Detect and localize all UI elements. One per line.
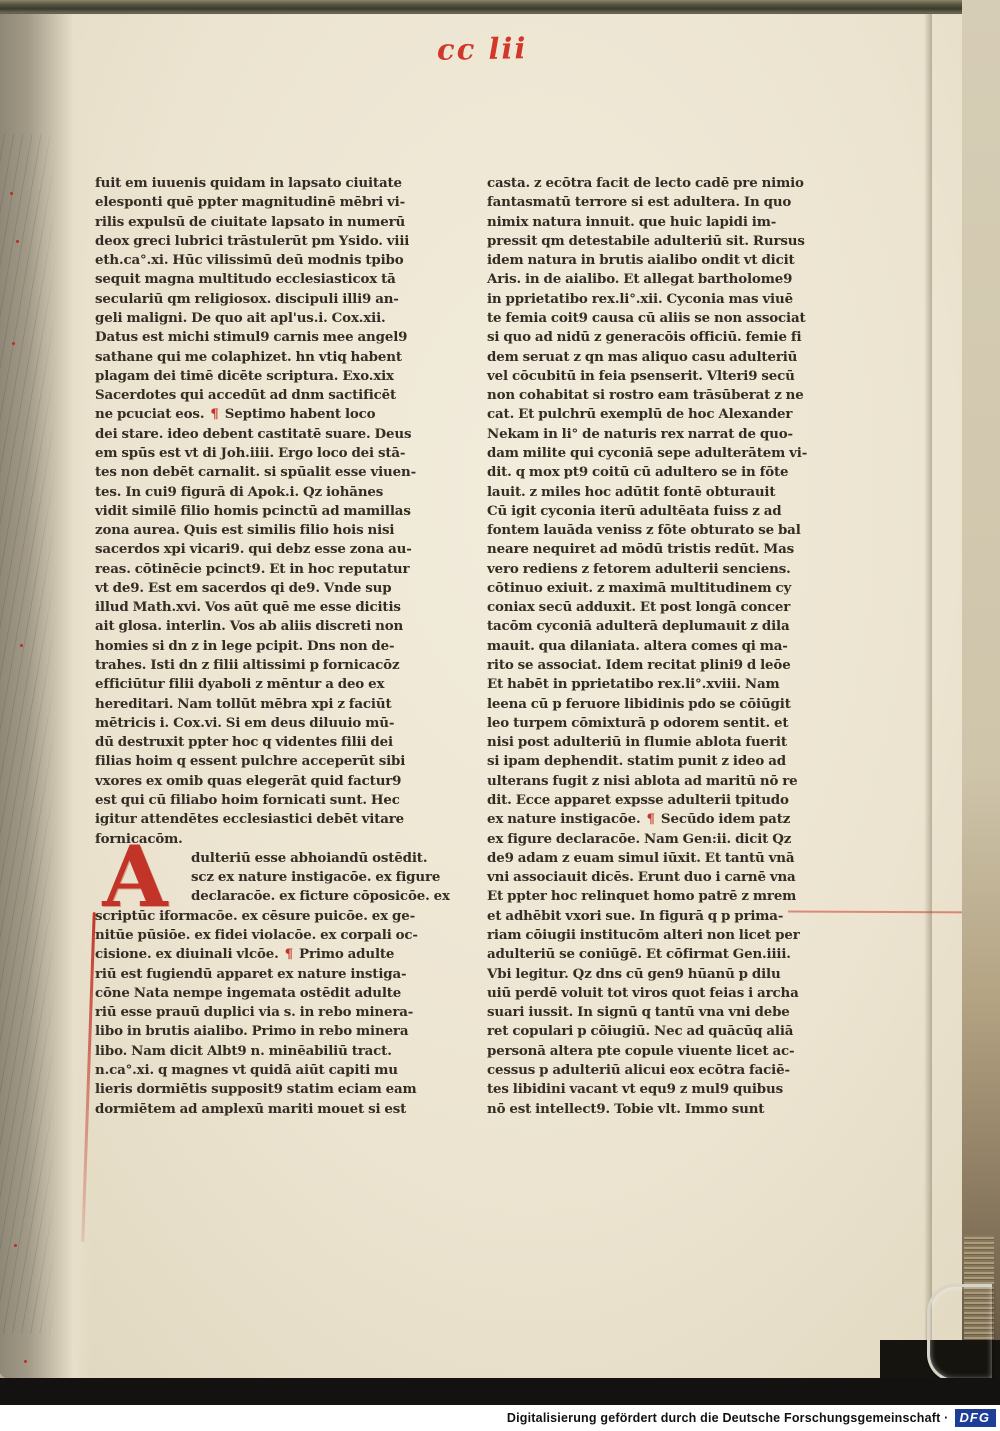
page-edge-shadow xyxy=(924,14,932,1394)
text-line: uiū perdē voluit tot viros quot feias i … xyxy=(487,984,819,1003)
text-line: rito se associat. Idem recitat plini9 d … xyxy=(487,656,819,675)
text-line: cōtinuo exiuit. z maximā multitudinem cy xyxy=(487,579,819,598)
text-line: dit. Ecce apparet expsse adulterii tpitu… xyxy=(487,791,819,810)
text-line: geli maligni. De quo ait apl'us.i. Cox.x… xyxy=(95,309,443,328)
text-line: zona aurea. Quis est similis filio hois … xyxy=(95,521,443,540)
text-line: sacerdos xpi vicari9. qui debz esse zona… xyxy=(95,540,443,559)
text-line: neare nequiret ad mōdū tristis redūt. Ma… xyxy=(487,540,819,559)
text-line: Datus est michi stimul9 carnis mee angel… xyxy=(95,328,443,347)
dfg-logo: DFG xyxy=(955,1409,996,1427)
folio-number: cc lii xyxy=(437,31,528,67)
text-line: casta. z ecōtra facit de lecto cadē pre … xyxy=(487,174,819,193)
text-line: si quo ad nidū z generacōis officiū. fem… xyxy=(487,328,819,347)
text-line: te femia coit9 causa cū aliis se non ass… xyxy=(487,309,819,328)
book-gutter-shadow xyxy=(0,14,92,1386)
text-line: vxores ex omib quas elegerāt quid factur… xyxy=(95,772,443,791)
text-line: lauit. z miles hoc adūtit fontē obturaui… xyxy=(487,483,819,502)
text-line: vni associauit dicēs. Erunt duo i carnē … xyxy=(487,868,819,887)
text-line: Vbi legitur. Qz dns cū gen9 hūanū p dilu xyxy=(487,965,819,984)
text-line: tes. In cui9 figurā di Apok.i. Qz iohāne… xyxy=(95,483,443,502)
text-line: est qui cū filiabo hoim fornicati sunt. … xyxy=(95,791,443,810)
text-line: dem seruat z qn mas aliquo casu adulteri… xyxy=(487,348,819,367)
text-line: ex nature instigacōe. ¶ Secūdo idem patz xyxy=(487,810,819,829)
book-fore-edge xyxy=(962,0,1000,1392)
text-line: coniax secū adduxit. Et post longā conce… xyxy=(487,598,819,617)
previous-page-bleed xyxy=(0,134,58,1334)
text-line: cessus p adulteriū alicui eox ecōtra fac… xyxy=(487,1061,819,1080)
text-line: tacōm cyconiā adulterā deplumauit z dila xyxy=(487,617,819,636)
text-line: tes libidini vacant vt equ9 z mul9 quibu… xyxy=(487,1080,819,1099)
text-line: leena cū p feruore libidinis pdo se cōiū… xyxy=(487,695,819,714)
text-line: filias hoim q essent pulchre acceperūt s… xyxy=(95,752,443,771)
text-line: de9 adam z euam simul iūxit. Et tantū vn… xyxy=(487,849,819,868)
text-line: seculariū qm religiosox. discipuli illi9… xyxy=(95,290,443,309)
text-line: dei stare. ideo debent castitatē suare. … xyxy=(95,425,443,444)
text-line: Et habēt in pprietatibo rex.li°.xviii. N… xyxy=(487,675,819,694)
pilcrow-mark: ¶ xyxy=(645,811,657,827)
text-line: cisione. ex diuinali vlcōe. ¶ Primo adul… xyxy=(95,945,443,964)
text-line: fantasmatū terrore si est adultera. In q… xyxy=(487,193,819,212)
text-line: sequit magna multitudo ecclesiasticox tā xyxy=(95,270,443,289)
text-line: tes non debēt carnalit. si spūalit esse … xyxy=(95,463,443,482)
digitization-credit-bar: Digitalisierung gefördert durch die Deut… xyxy=(0,1405,1000,1431)
text-line: nimix natura innuit. que huic lapidi im- xyxy=(487,213,819,232)
text-line: dit. q mox pt9 coitū cū adultero se in f… xyxy=(487,463,819,482)
text-line: si ipam dephendit. statim punit z ideo a… xyxy=(487,752,819,771)
text-line: ait glosa. interlin. Vos ab aliis discre… xyxy=(95,617,443,636)
text-line: ret copulari p cōiugiū. Nec ad quācūq al… xyxy=(487,1022,819,1041)
text-line: lieris dormiētis supposit9 statim eciam … xyxy=(95,1080,443,1099)
text-line: dormiētem ad amplexū mariti mouet si est xyxy=(95,1100,443,1119)
text-line: riam cōiugii institucōm alteri non licet… xyxy=(487,926,819,945)
text-line: vidit similē filio homis pcinctū ad mami… xyxy=(95,502,443,521)
text-line: Nekam in li° de naturis rex narrat de qu… xyxy=(487,425,819,444)
text-line: ne pcuciat eos. ¶ Septimo habent loco xyxy=(95,405,443,424)
text-line: nisi post adulteriū in flumie ablota fue… xyxy=(487,733,819,752)
text-line: libo in brutis aialibo. Primo in rebo mi… xyxy=(95,1022,443,1041)
text-line: Sacerdotes qui accedūt ad dnm sactificēt xyxy=(95,386,443,405)
text-line: fuit em iuuenis quidam in lapsato ciuita… xyxy=(95,174,443,193)
text-line: em spūs est vt di Joh.iiii. Ergo loco de… xyxy=(95,444,443,463)
pilcrow-mark: ¶ xyxy=(283,946,295,962)
text-line: nitūe pūsiōe. ex fidei violacōe. ex corp… xyxy=(95,926,443,945)
text-line: vero rediens z fetorem adulterii sencien… xyxy=(487,560,819,579)
text-line: illud Math.xvi. Vos aūt quē me esse dici… xyxy=(95,598,443,617)
text-line: n.ca°.xi. q magnes vt quidā aiūt capiti … xyxy=(95,1061,443,1080)
text-line: Et ppter hoc relinquet homo patrē z mrem xyxy=(487,887,819,906)
text-line: riū esse prauū duplici via s. in rebo mi… xyxy=(95,1003,443,1022)
text-line: cat. Et pulchrū exemplū de hoc Alexander xyxy=(487,405,819,424)
text-line: adulteriū se coniūgē. Et cōfirmat Gen.ii… xyxy=(487,945,819,964)
text-line: pressit qm detestabile adulteriū sit. Ru… xyxy=(487,232,819,251)
text-line: suari iussit. In signū q tantū vna vni d… xyxy=(487,1003,819,1022)
text-line: vel cōcubitū in feia psenserit. Vlteri9 … xyxy=(487,367,819,386)
text-line: dam milite qui cyconiā sepe adulterātem … xyxy=(487,444,819,463)
text-line: mētricis i. Cox.vi. Si em deus diluuio m… xyxy=(95,714,443,733)
text-line: nō est intellect9. Tobie vlt. Immo sunt xyxy=(487,1100,819,1119)
text-line: fontem lauāda veniss z fōte obturato se … xyxy=(487,521,819,540)
text-line: dū destruxit ppter hoc q videntes filii … xyxy=(95,733,443,752)
text-line: in pprietatibo rex.li°.xii. Cyconia mas … xyxy=(487,290,819,309)
text-line: eth.ca°.xi. Hūc vilissimū deū modnis tpi… xyxy=(95,251,443,270)
page-holder-clip xyxy=(927,1284,992,1382)
text-line: trahes. Isti dn z filii altissimi p forn… xyxy=(95,656,443,675)
text-line: ulterans fugit z nisi ablota ad maritū n… xyxy=(487,772,819,791)
text-line: rilis expulsū de ciuitate lapsato in num… xyxy=(95,213,443,232)
text-line: efficiūtur filii dyaboli z mēntur a deo … xyxy=(95,675,443,694)
margin-rubric-specks xyxy=(10,192,13,195)
text-line: elesponti quē ppter magnitudinē mēbri vi… xyxy=(95,193,443,212)
book-bottom-shadow xyxy=(0,1378,1000,1406)
text-line: et adhēbit vxori sue. In figurā q p prim… xyxy=(487,907,819,926)
text-column-right: casta. z ecōtra facit de lecto cadē pre … xyxy=(487,174,819,1119)
text-line: deox greci lubrici trāstulerūt pm Ysido.… xyxy=(95,232,443,251)
text-line: ex figure declaracōe. Nam Gen:ii. dicit … xyxy=(487,830,819,849)
text-line: homies si dn z in lege pcipit. Dns non d… xyxy=(95,637,443,656)
credit-text: Digitalisierung gefördert durch die Deut… xyxy=(507,1411,949,1425)
text-line: cōne Nata nempe ingemata ostēdit adulte xyxy=(95,984,443,1003)
text-line: idem natura in brutis aialibo ondit vt d… xyxy=(487,251,819,270)
text-line: personā altera pte copule viuente licet … xyxy=(487,1042,819,1061)
manuscript-page: cc lii A fuit em iuuenis quidam in lapsa… xyxy=(0,14,968,1386)
text-line: vt de9. Est em sacerdos qi de9. Vnde sup xyxy=(95,579,443,598)
text-line: mauit. qua dilaniata. altera comes qi ma… xyxy=(487,637,819,656)
rubricated-initial: A xyxy=(87,842,183,912)
text-line: sathane qui me colaphizet. hn vtiq haben… xyxy=(95,348,443,367)
text-line: non cohabitat si rostro eam trāsūberat z… xyxy=(487,386,819,405)
digitized-manuscript-scan: cc lii A fuit em iuuenis quidam in lapsa… xyxy=(0,0,1000,1431)
text-line: Cū igit cyconia iterū adultēata fuiss z … xyxy=(487,502,819,521)
text-line: leo turpem cōmixturā p odorem sentit. et xyxy=(487,714,819,733)
pilcrow-mark: ¶ xyxy=(208,406,220,422)
text-line: plagam dei timē dicēte scriptura. Exo.xi… xyxy=(95,367,443,386)
text-line: Aris. in de aialibo. Et allegat bartholo… xyxy=(487,270,819,289)
text-line: hereditari. Nam tollūt mēbra xpi z faciū… xyxy=(95,695,443,714)
text-line: reas. cōtinēcie pcinct9. Et in hoc reput… xyxy=(95,560,443,579)
text-line: libo. Nam dicit Albt9 n. minēabiliū trac… xyxy=(95,1042,443,1061)
text-line: riū est fugiendū apparet ex nature insti… xyxy=(95,965,443,984)
text-column-left: A fuit em iuuenis quidam in lapsato ciui… xyxy=(95,174,443,1119)
